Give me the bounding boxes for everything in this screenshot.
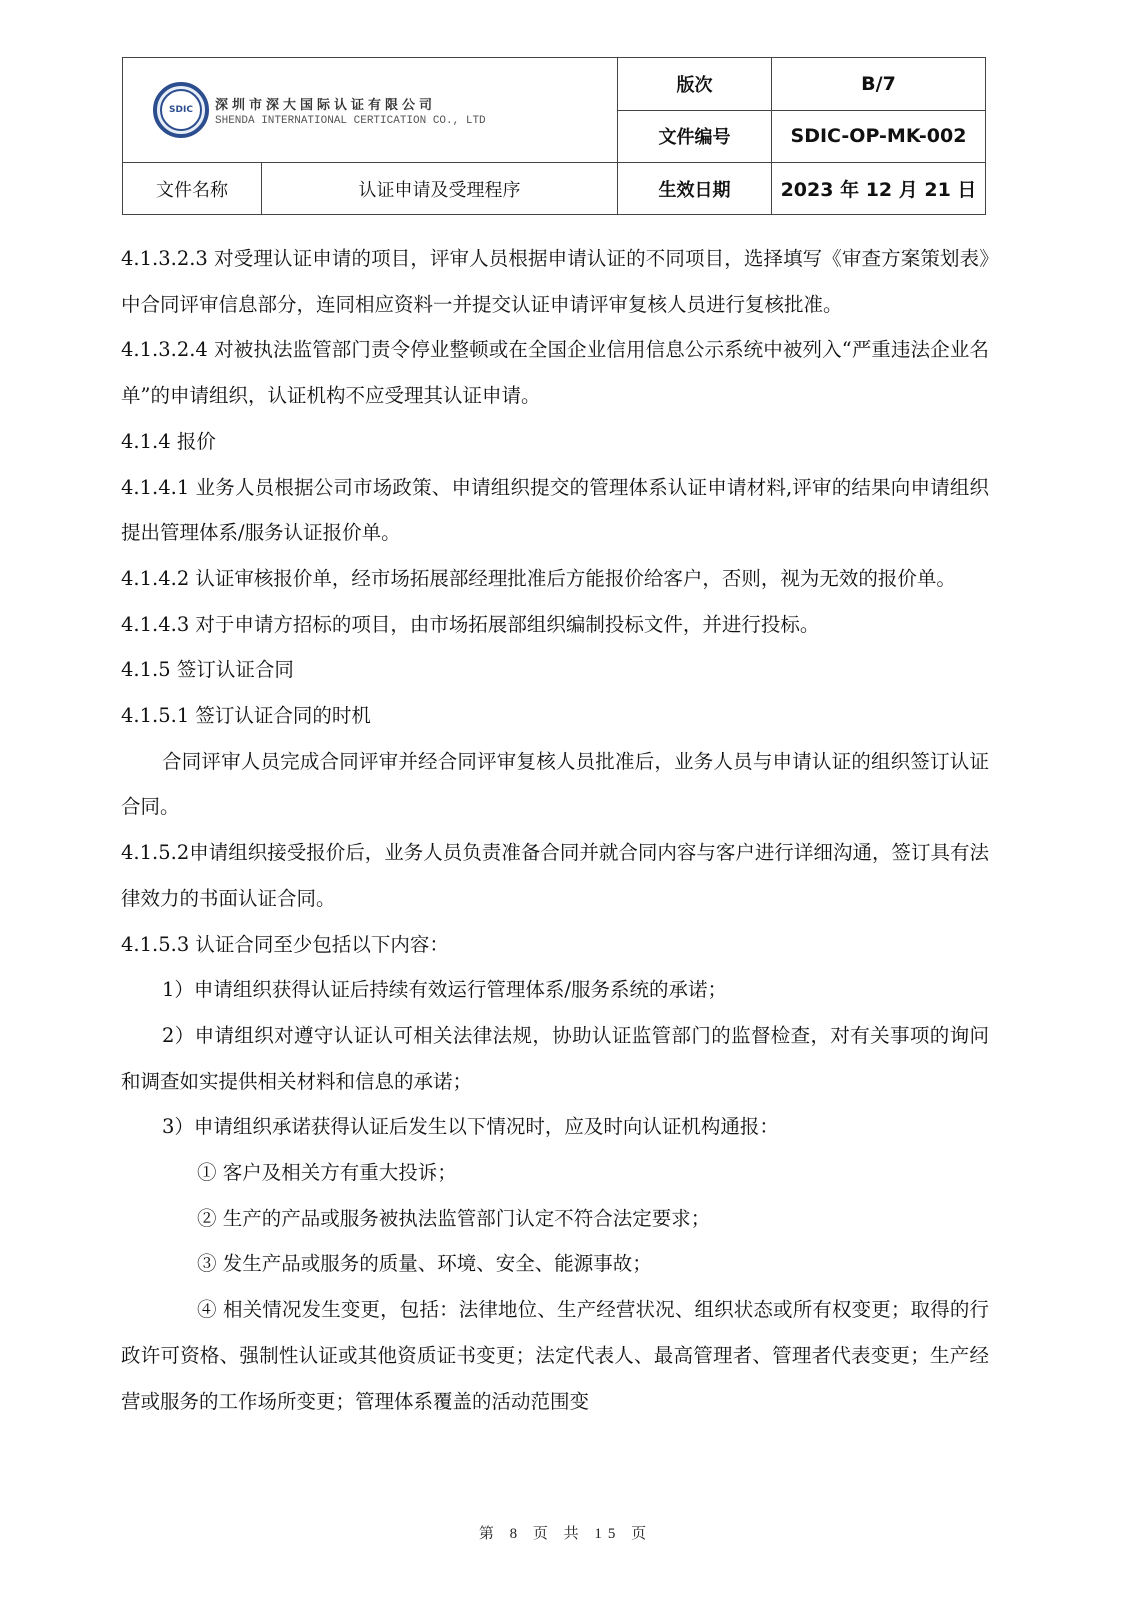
paragraph-4-1-4-1: 4.1.4.1 业务人员根据公司市场政策、申请组织提交的管理体系认证申请材料,评…	[121, 465, 989, 556]
heading-4-1-5: 4.1.5 签订认证合同	[121, 647, 989, 693]
doc-name-value: 认证申请及受理程序	[262, 163, 618, 215]
sub-item-3: ③ 发生产品或服务的质量、环境、安全、能源事故；	[121, 1241, 989, 1287]
document-header-table: SDIC 深圳市深大国际认证有限公司 SHENDA INTERNATIONAL …	[122, 57, 986, 215]
version-label: 版次	[618, 58, 772, 111]
company-logo-cell: SDIC 深圳市深大国际认证有限公司 SHENDA INTERNATIONAL …	[123, 58, 618, 163]
paragraph-4-1-3-2-3: 4.1.3.2.3 对受理认证申请的项目，评审人员根据申请认证的不同项目，选择填…	[121, 236, 989, 327]
globe-logo-icon: SDIC	[153, 82, 209, 138]
heading-4-1-5-1: 4.1.5.1 签订认证合同的时机	[121, 693, 989, 739]
logo-text: SDIC	[160, 89, 202, 131]
paragraph-4-1-5-3: 4.1.5.3 认证合同至少包括以下内容：	[121, 922, 989, 968]
document-body: 4.1.3.2.3 对受理认证申请的项目，评审人员根据申请认证的不同项目，选择填…	[121, 236, 989, 1424]
paragraph-4-1-3-2-4: 4.1.3.2.4 对被执法监管部门责令停业整顿或在全国企业信用信息公示系统中被…	[121, 327, 989, 418]
doc-number-label: 文件编号	[618, 110, 772, 163]
list-item-1: 1）申请组织获得认证后持续有效运行管理体系/服务系统的承诺；	[121, 967, 989, 1013]
heading-4-1-4: 4.1.4 报价	[121, 419, 989, 465]
company-name-en: SHENDA INTERNATIONAL CERTICATION CO., LT…	[215, 115, 486, 127]
paragraph-4-1-4-3: 4.1.4.3 对于申请方招标的项目，由市场拓展部组织编制投标文件，并进行投标。	[121, 602, 989, 648]
sub-item-4: ④ 相关情况发生变更，包括：法律地位、生产经营状况、组织状态或所有权变更；取得的…	[121, 1287, 989, 1424]
paragraph-contract-timing: 合同评审人员完成合同评审并经合同评审复核人员批准后，业务人员与申请认证的组织签订…	[121, 739, 989, 830]
list-item-3: 3）申请组织承诺获得认证后发生以下情况时，应及时向认证机构通报：	[121, 1104, 989, 1150]
doc-number-value: SDIC-OP-MK-002	[772, 110, 986, 163]
version-value: B/7	[772, 58, 986, 111]
sub-item-2: ② 生产的产品或服务被执法监管部门认定不符合法定要求；	[121, 1196, 989, 1242]
paragraph-4-1-4-2: 4.1.4.2 认证审核报价单，经市场拓展部经理批准后方能报价给客户，否则，视为…	[121, 556, 989, 602]
company-name-cn: 深圳市深大国际认证有限公司	[215, 94, 486, 113]
effective-date-label: 生效日期	[618, 163, 772, 215]
doc-name-label: 文件名称	[123, 163, 262, 215]
list-item-2: 2）申请组织对遵守认证认可相关法律法规，协助认证监管部门的监督检查，对有关事项的…	[121, 1013, 989, 1104]
paragraph-4-1-5-2: 4.1.5.2申请组织接受报价后，业务人员负责准备合同并就合同内容与客户进行详细…	[121, 830, 989, 921]
effective-date-value: 2023 年 12 月 21 日	[772, 163, 986, 215]
sub-item-1: ① 客户及相关方有重大投诉；	[121, 1150, 989, 1196]
page-number: 第 8 页 共 15 页	[0, 1522, 1131, 1543]
